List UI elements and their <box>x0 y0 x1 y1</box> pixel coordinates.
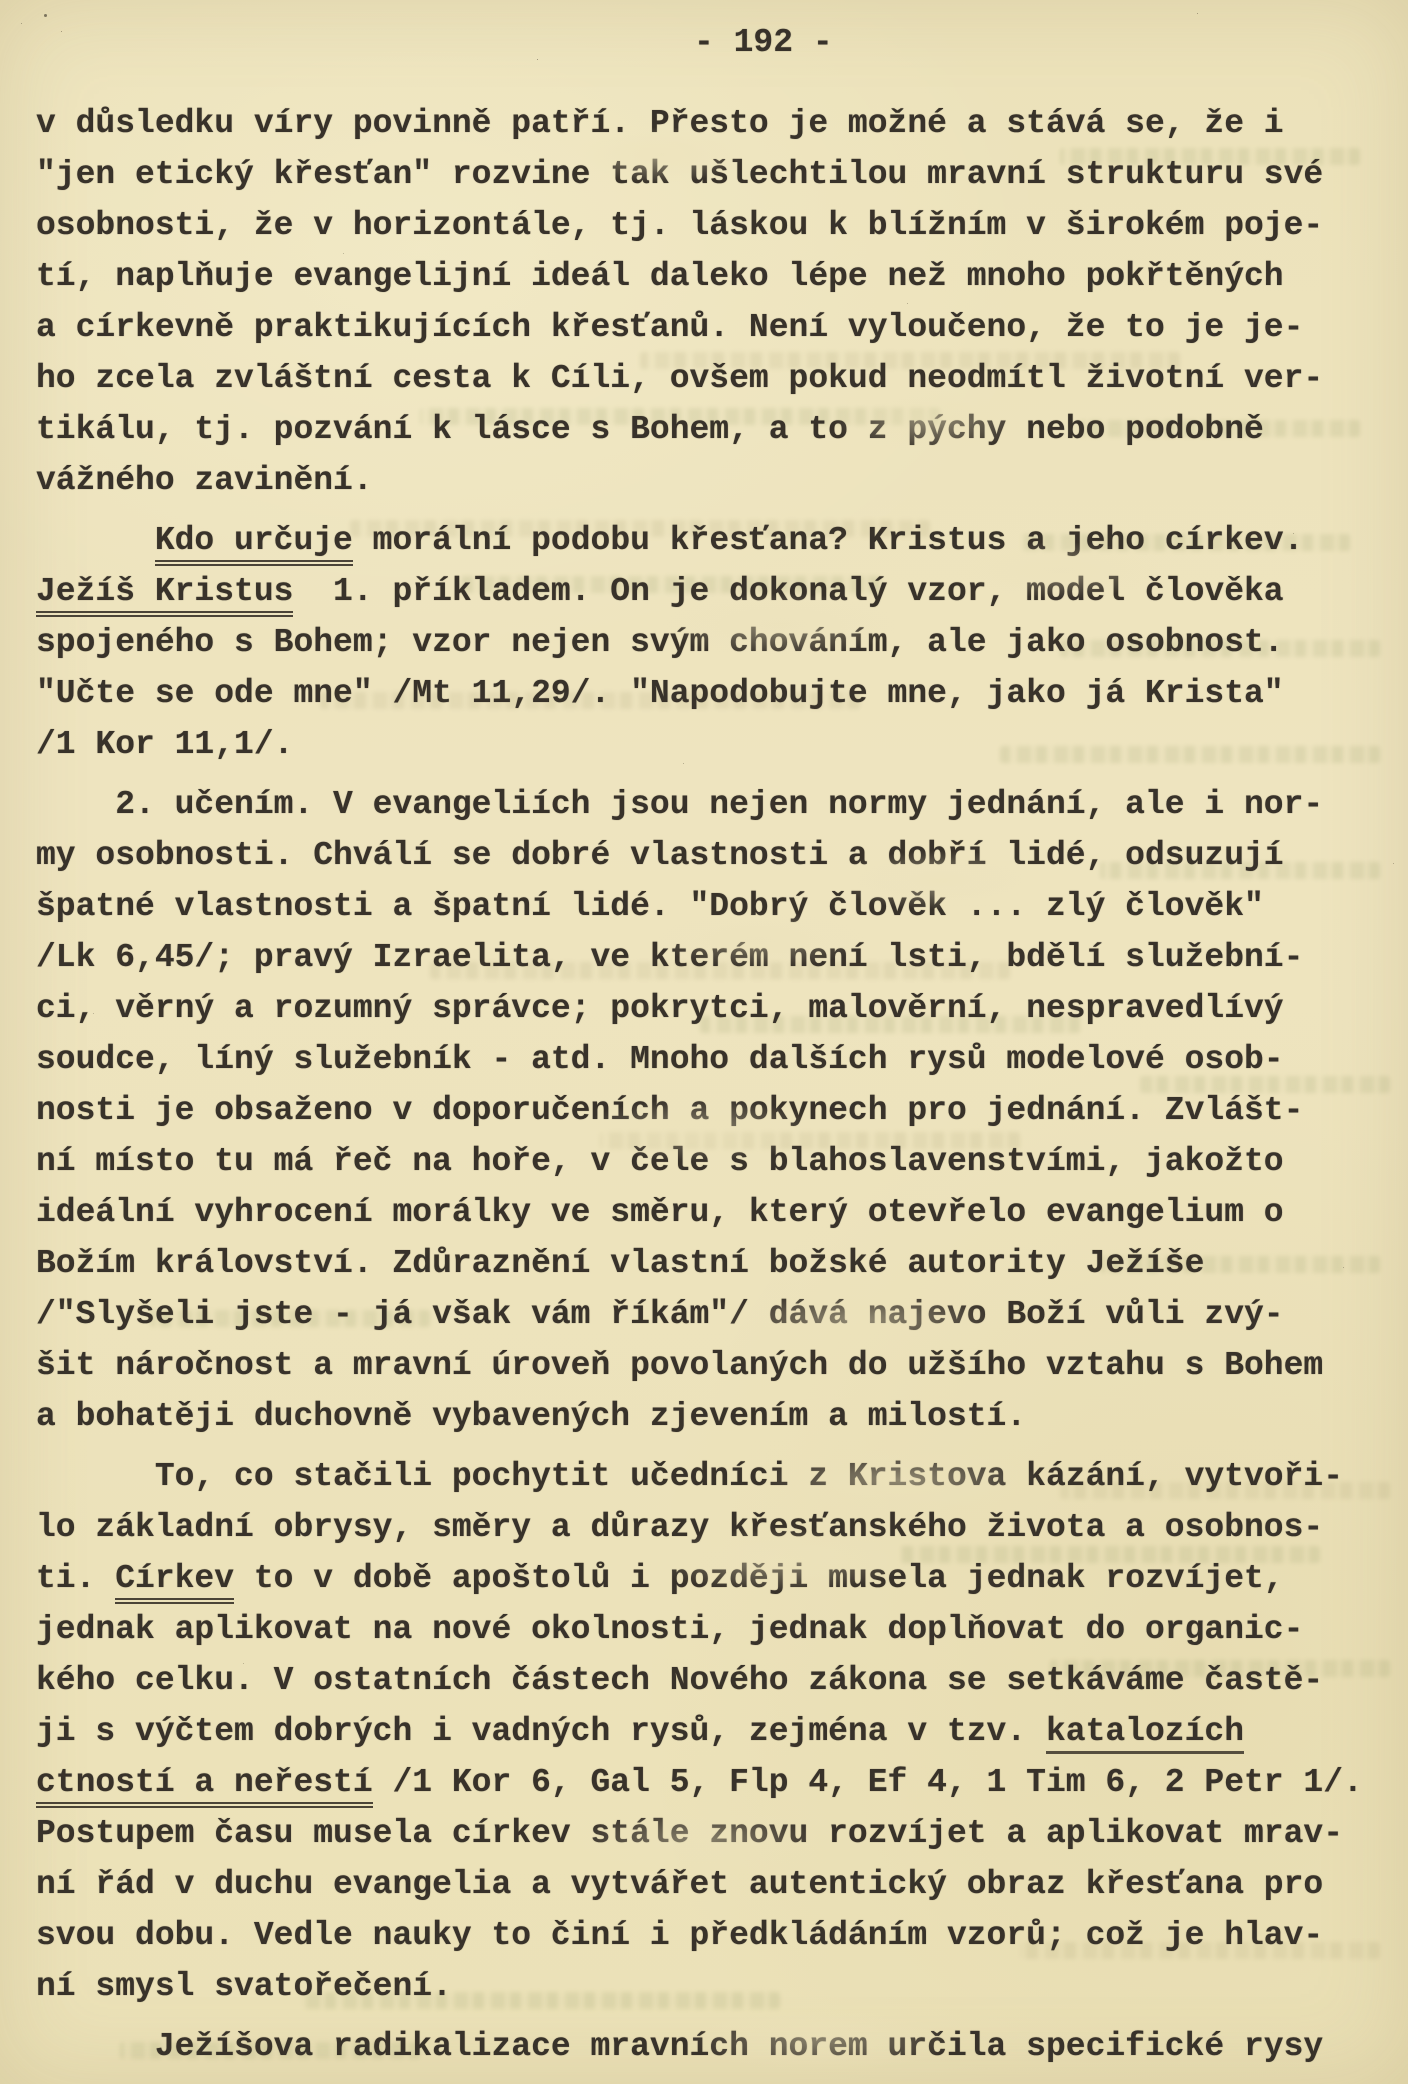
text-segment: my osobnosti. Chválí se dobré vlastnosti… <box>36 837 1284 874</box>
text-line: ní místo tu má řeč na hoře, v čele s bla… <box>36 1136 1394 1187</box>
text-segment: tí, naplňuje evangelijní ideál daleko lé… <box>36 258 1284 295</box>
text-segment: Ježíšova radikalizace mravních norem urč… <box>36 2028 1323 2065</box>
text-line: Ježíšova radikalizace mravních norem urč… <box>36 2021 1394 2072</box>
text-line: ti. Církev to v době apoštolů i později … <box>36 1553 1394 1604</box>
text-line: osobnosti, že v horizontále, tj. láskou … <box>36 200 1394 251</box>
text-segment: To, co stačili pochytit učedníci z Krist… <box>36 1458 1343 1495</box>
text-segment: spojeného s Bohem; vzor nejen svým chová… <box>36 624 1284 661</box>
underlined-text: ctností a neřestí <box>36 1764 373 1808</box>
paragraph: Kdo určuje morální podobu křesťana? Kris… <box>36 515 1394 770</box>
text-line: /Lk 6,45/; pravý Izraelita, ve kterém ne… <box>36 932 1394 983</box>
text-segment: špatné vlastnosti a špatní lidé. "Dobrý … <box>36 888 1264 925</box>
text-line: Postupem času musela církev stále znovu … <box>36 1808 1394 1859</box>
text-segment: /1 Kor 11,1/. <box>36 726 293 763</box>
underlined-text: Kdo určuje <box>155 522 353 566</box>
text-line: svou dobu. Vedle nauky to činí i předklá… <box>36 1910 1394 1961</box>
text-segment: a církevně praktikujících křesťanů. Není… <box>36 309 1303 346</box>
text-line: Kdo určuje morální podobu křesťana? Kris… <box>36 515 1394 566</box>
text-segment: morální podobu křesťana? Kristus a jeho … <box>353 522 1304 559</box>
text-line: špatné vlastnosti a špatní lidé. "Dobrý … <box>36 881 1394 932</box>
text-line: my osobnosti. Chválí se dobré vlastnosti… <box>36 830 1394 881</box>
underlined-text: Církev <box>115 1560 234 1604</box>
text-line: soudce, líný služebník - atd. Mnoho dalš… <box>36 1034 1394 1085</box>
text-segment: svou dobu. Vedle nauky to činí i předklá… <box>36 1917 1323 1954</box>
text-line: ci, věrný a rozumný správce; pokrytci, m… <box>36 983 1394 1034</box>
text-line: vážného zavinění. <box>36 455 1394 506</box>
text-segment: ho zcela zvláštní cesta k Cíli, ovšem po… <box>36 360 1323 397</box>
text-line: "jen etický křesťan" rozvine tak ušlecht… <box>36 149 1394 200</box>
text-segment: ní smysl svatořečení. <box>36 1968 452 2005</box>
text-line: Božím království. Zdůraznění vlastní bož… <box>36 1238 1394 1289</box>
underlined-text: Ježíš Kristus <box>36 573 293 617</box>
text-line: ní řád v duchu evangelia a vytvářet aute… <box>36 1859 1394 1910</box>
text-line: lo základní obrysy, směry a důrazy křesť… <box>36 1502 1394 1553</box>
text-segment: to v době apoštolů i později musela jedn… <box>234 1560 1284 1597</box>
text-line: ideální vyhrocení morálky ve směru, kter… <box>36 1187 1394 1238</box>
body-text: v důsledku víry povinně patří. Přesto je… <box>36 98 1394 2072</box>
text-line: a církevně praktikujících křesťanů. Není… <box>36 302 1394 353</box>
text-segment: "Učte se ode mne" /Mt 11,29/. "Napodobuj… <box>36 675 1284 712</box>
text-segment: ní řád v duchu evangelia a vytvářet aute… <box>36 1866 1323 1903</box>
paragraph: To, co stačili pochytit učedníci z Krist… <box>36 1451 1394 2012</box>
text-line: tí, naplňuje evangelijní ideál daleko lé… <box>36 251 1394 302</box>
text-line: Ježíš Kristus 1. příkladem. On je dokona… <box>36 566 1394 617</box>
text-segment: ideální vyhrocení morálky ve směru, kter… <box>36 1194 1284 1231</box>
text-segment: kého celku. V ostatních částech Nového z… <box>36 1662 1323 1699</box>
text-line: spojeného s Bohem; vzor nejen svým chová… <box>36 617 1394 668</box>
text-line: tikálu, tj. pozvání k lásce s Bohem, a t… <box>36 404 1394 455</box>
text-segment: Božím království. Zdůraznění vlastní bož… <box>36 1245 1204 1282</box>
text-line: /"Slyšeli jste - já však vám říkám"/ dáv… <box>36 1289 1394 1340</box>
text-segment: lo základní obrysy, směry a důrazy křesť… <box>36 1509 1323 1546</box>
text-line: nosti je obsaženo v doporučeních a pokyn… <box>36 1085 1394 1136</box>
text-segment: nosti je obsaženo v doporučeních a pokyn… <box>36 1092 1303 1129</box>
text-segment: tikálu, tj. pozvání k lásce s Bohem, a t… <box>36 411 1264 448</box>
text-line: a bohatěji duchovně vybavených zjevením … <box>36 1391 1394 1442</box>
text-line: ctností a neřestí /1 Kor 6, Gal 5, Flp 4… <box>36 1757 1394 1808</box>
text-line: ji s výčtem dobrých i vadných rysů, zejm… <box>36 1706 1394 1757</box>
text-segment: "jen etický křesťan" rozvine tak ušlecht… <box>36 156 1323 193</box>
scanned-page: - 192 - v důsledku víry povinně patří. P… <box>0 0 1408 2084</box>
text-segment <box>36 522 155 559</box>
text-line: "Učte se ode mne" /Mt 11,29/. "Napodobuj… <box>36 668 1394 719</box>
text-segment: 2. učením. V evangeliích jsou nejen norm… <box>36 786 1323 823</box>
text-segment: ji s výčtem dobrých i vadných rysů, zejm… <box>36 1713 1046 1750</box>
text-line: ho zcela zvláštní cesta k Cíli, ovšem po… <box>36 353 1394 404</box>
text-segment: ti. <box>36 1560 115 1597</box>
text-segment: ní místo tu má řeč na hoře, v čele s bla… <box>36 1143 1284 1180</box>
text-segment: a bohatěji duchovně vybavených zjevením … <box>36 1398 1026 1435</box>
text-line: jednak aplikovat na nové okolnosti, jedn… <box>36 1604 1394 1655</box>
text-segment: /1 Kor 6, Gal 5, Flp 4, Ef 4, 1 Tim 6, 2… <box>373 1764 1363 1801</box>
underlined-text: katalozích <box>1046 1713 1244 1754</box>
text-line: v důsledku víry povinně patří. Přesto je… <box>36 98 1394 149</box>
text-line: /1 Kor 11,1/. <box>36 719 1394 770</box>
text-line: kého celku. V ostatních částech Nového z… <box>36 1655 1394 1706</box>
text-segment: jednak aplikovat na nové okolnosti, jedn… <box>36 1611 1303 1648</box>
text-segment: Postupem času musela církev stále znovu … <box>36 1815 1343 1852</box>
text-line: To, co stačili pochytit učedníci z Krist… <box>36 1451 1394 1502</box>
paragraph: v důsledku víry povinně patří. Přesto je… <box>36 98 1394 506</box>
paragraph: Ježíšova radikalizace mravních norem urč… <box>36 2021 1394 2072</box>
text-segment: vážného zavinění. <box>36 462 373 499</box>
text-segment: osobnosti, že v horizontále, tj. láskou … <box>36 207 1323 244</box>
text-line: 2. učením. V evangeliích jsou nejen norm… <box>36 779 1394 830</box>
text-line: ní smysl svatořečení. <box>36 1961 1394 2012</box>
paragraph: 2. učením. V evangeliích jsou nejen norm… <box>36 779 1394 1442</box>
page-number: - 192 - <box>694 24 833 61</box>
text-segment: 1. příkladem. On je dokonalý vzor, model… <box>293 573 1283 610</box>
text-segment: /Lk 6,45/; pravý Izraelita, ve kterém ne… <box>36 939 1303 976</box>
text-segment: soudce, líný služebník - atd. Mnoho dalš… <box>36 1041 1284 1078</box>
text-segment: ci, věrný a rozumný správce; pokrytci, m… <box>36 990 1284 1027</box>
text-segment: v důsledku víry povinně patří. Přesto je… <box>36 105 1284 142</box>
text-line: šit náročnost a mravní úroveň povolaných… <box>36 1340 1394 1391</box>
text-segment: šit náročnost a mravní úroveň povolaných… <box>36 1347 1323 1384</box>
text-segment: /"Slyšeli jste - já však vám říkám"/ dáv… <box>36 1296 1284 1333</box>
